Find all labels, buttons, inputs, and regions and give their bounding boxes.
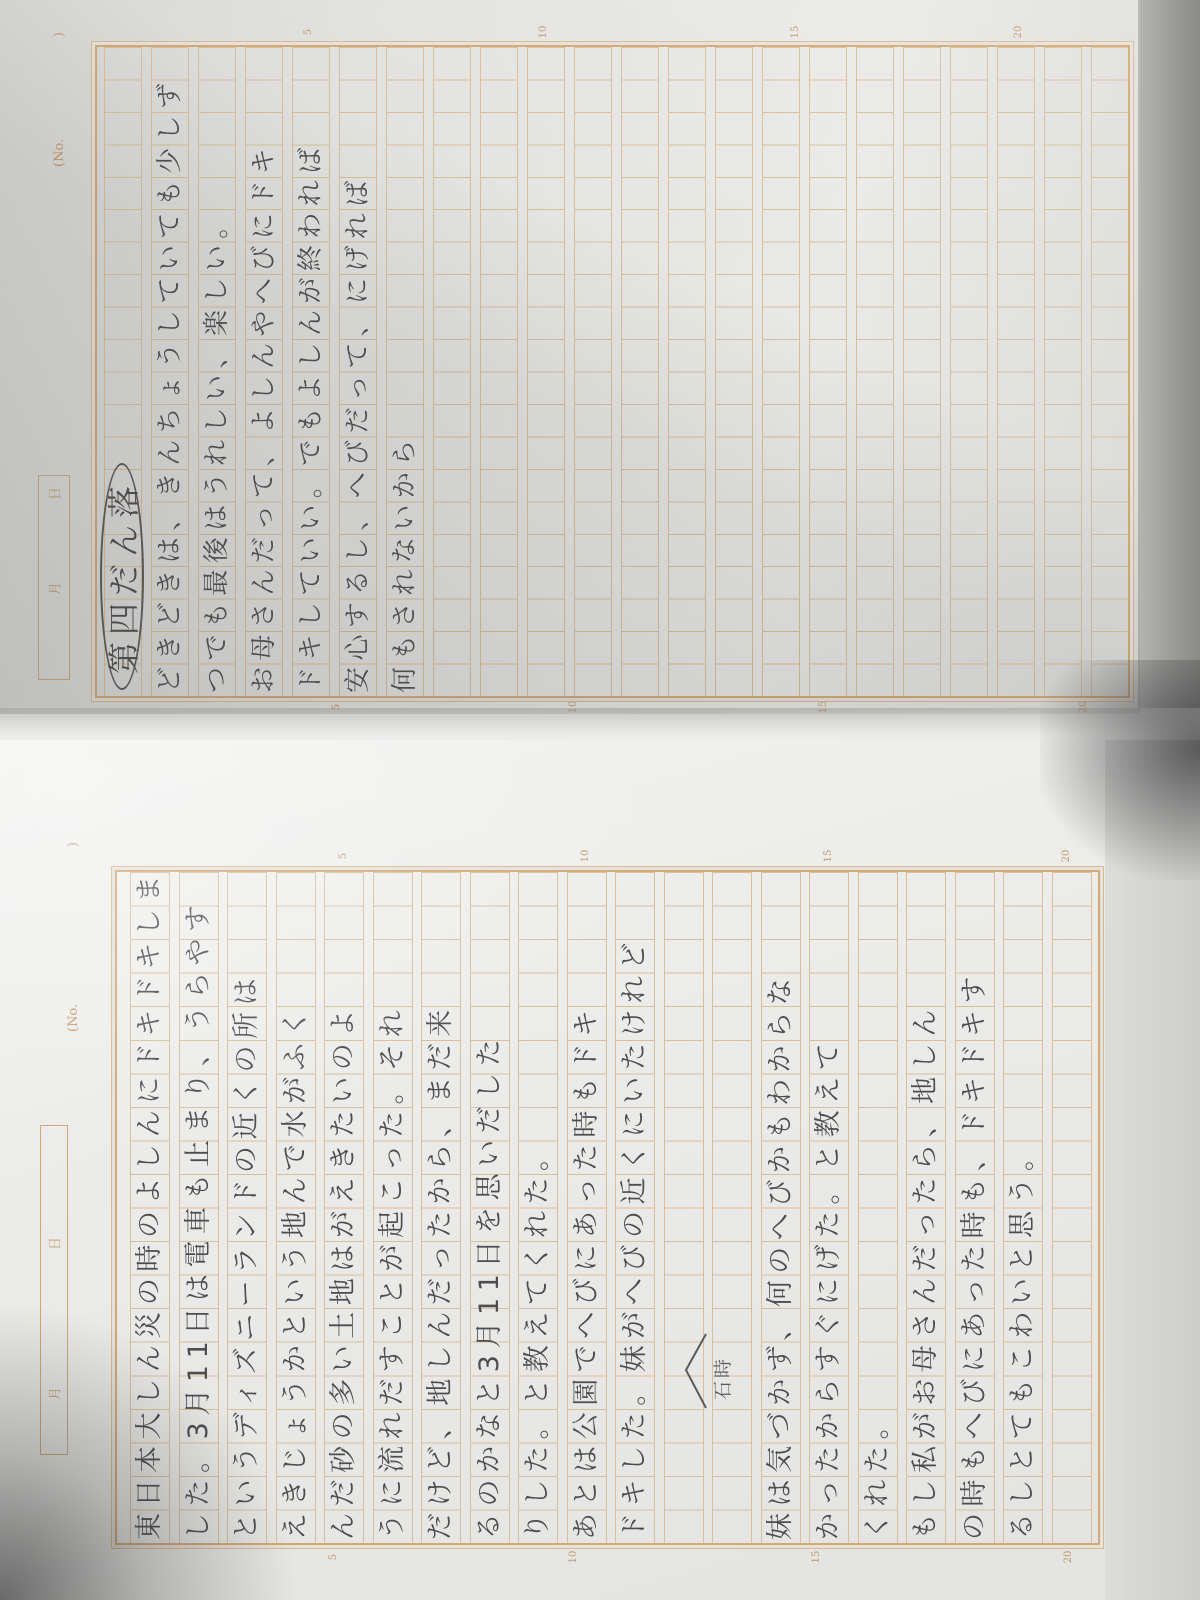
grid-row: どきどきは、きんちょうしていても少しず bbox=[151, 47, 189, 696]
text-line: うに流れだすことが起こった。それ bbox=[374, 1004, 412, 1543]
grid-row-empty bbox=[1091, 47, 1129, 696]
page-number-label: (No. ) bbox=[52, 32, 70, 167]
grid-row-empty bbox=[1044, 47, 1082, 696]
text-line: あとは公園でへびにあった時もドキ bbox=[568, 1003, 606, 1543]
grid-row-empty bbox=[762, 47, 800, 696]
grid-row: 妹は気づかず、何のへびかもわからな bbox=[761, 872, 801, 1543]
grid-row-empty bbox=[480, 47, 518, 696]
grid-row: るしとてもこわいと思う。 bbox=[1003, 872, 1043, 1543]
grid-row: んだ砂の多い土地はがえきたいのよ bbox=[324, 872, 364, 1543]
grid-row: 東日本大しん災の時のよしんにドキドキしま bbox=[130, 872, 170, 1543]
page-number-open: (No. bbox=[52, 139, 67, 167]
grid-row: りした。と教えてくれた。 bbox=[518, 872, 558, 1543]
grid-row: お母さんだって、よしんやへびにドキ bbox=[245, 47, 283, 696]
grid-row: 何もされないから bbox=[386, 47, 424, 696]
grid-row: の時もへびにあった時も、ドキドキす bbox=[955, 872, 995, 1543]
text-line: 安心するし、へびだって、にげれば bbox=[340, 174, 376, 696]
line-number-20: 20 bbox=[1013, 21, 1027, 43]
grid-row-empty bbox=[997, 47, 1035, 696]
text-line: んだ砂の多い土地はがえきたいのよ bbox=[325, 1003, 363, 1543]
text-line: えきじょうかという地んで水がふく bbox=[277, 1003, 315, 1543]
line-number-10: 10 bbox=[580, 845, 594, 867]
text-line: の時もへびにあった時も、ドキドキす bbox=[956, 970, 994, 1543]
grid-row-empty bbox=[950, 47, 988, 696]
grid-row: あとは公園でへびにあった時もドキ bbox=[567, 872, 607, 1543]
manuscript-grid: 第四だん落 どきどきは、きんちょうしていても少しず つでも最後はうれしい、楽しい… bbox=[95, 45, 1130, 698]
text-line: だけど、地しんだったから、まだ来 bbox=[422, 1003, 460, 1543]
grid-row: した。3月11日は電車も止まり、うらやす bbox=[179, 872, 219, 1543]
grid-row: かったからすぐにげた。と教えて bbox=[809, 872, 849, 1543]
text-line: ドキしていい。でもよしんが終われば bbox=[293, 141, 329, 696]
line-number-10: 10 bbox=[568, 1546, 582, 1568]
text-line: した。3月11日は電車も止まり、うらやす bbox=[180, 898, 218, 1543]
line-number-15: 15 bbox=[811, 1546, 825, 1568]
section-heading-circled: 第四だん落 bbox=[100, 463, 144, 690]
text-line: もし私がお母さんだったら、地しん bbox=[907, 1003, 945, 1543]
page-number-label: (No. ) bbox=[66, 842, 84, 1032]
manuscript-page-2: 月 日 (No. ) 5 10 15 20 5 10 15 20 第四だん落 ど… bbox=[0, 0, 1150, 712]
text-line: るしとてもこわいと思う。 bbox=[1004, 1137, 1042, 1543]
text-line: 妹は気づかず、何のへびかもわからな bbox=[762, 972, 800, 1543]
grid-row-empty bbox=[433, 47, 471, 696]
line-number-15: 15 bbox=[823, 845, 837, 867]
line-number-15: 15 bbox=[818, 696, 832, 718]
line-number-5: 5 bbox=[303, 21, 317, 43]
text-line: くれた。 bbox=[859, 1406, 897, 1543]
grid-row: つでも最後はうれしい、楽しい。 bbox=[198, 47, 236, 696]
grid-row: くれた。 bbox=[858, 872, 898, 1543]
manuscript-grid: 東日本大しん災の時のよしんにドキドキしま した。3月11日は電車も止まり、うらや… bbox=[115, 870, 1100, 1545]
text-line: どきどきは、きんちょうしていても少しず bbox=[152, 76, 188, 696]
grid-row-empty bbox=[1052, 872, 1092, 1543]
grid-row: 安心するし、へびだって、にげれば bbox=[339, 47, 377, 696]
page-number-close: ) bbox=[52, 32, 67, 37]
line-number-20: 20 bbox=[1063, 1546, 1077, 1568]
manuscript-page-1: 月 日 (No. ) 5 10 15 20 5 10 15 20 東日本大しん災… bbox=[0, 740, 1150, 1600]
page-number-open: (No. bbox=[66, 1004, 81, 1032]
month-label: 月 bbox=[45, 582, 64, 595]
page-number-close: ) bbox=[66, 842, 81, 847]
grid-row bbox=[712, 872, 752, 1543]
grid-row-empty bbox=[668, 47, 706, 696]
grid-row-empty bbox=[715, 47, 753, 696]
date-box: 月 日 bbox=[40, 1125, 68, 1455]
line-number-20: 20 bbox=[1078, 696, 1092, 718]
grid-row: うに流れだすことが起こった。それ bbox=[373, 872, 413, 1543]
grid-row: えきじょうかという地んで水がふく bbox=[276, 872, 316, 1543]
text-line: かったからすぐにげた。と教えて bbox=[810, 1037, 848, 1543]
line-number-5: 5 bbox=[328, 1546, 342, 1568]
text-line: お母さんだって、よしんやへびにドキ bbox=[246, 142, 282, 696]
text-line: りした。と教えてくれた。 bbox=[519, 1137, 557, 1543]
insertion-mark-icon bbox=[684, 1332, 708, 1410]
grid-row bbox=[664, 872, 704, 1543]
line-number-10: 10 bbox=[538, 21, 552, 43]
grid-row: だけど、地しんだったから、まだ来 bbox=[421, 872, 461, 1543]
text-line: つでも最後はうれしい、楽しい。 bbox=[199, 206, 235, 696]
grid-row-empty bbox=[809, 47, 847, 696]
grid-row: ドキした。妹がへびの近くにいたけれど bbox=[615, 872, 655, 1543]
line-number-15: 15 bbox=[790, 21, 804, 43]
grid-row-empty bbox=[621, 47, 659, 696]
day-label: 日 bbox=[45, 1237, 64, 1250]
line-number-5: 5 bbox=[331, 696, 345, 718]
text-line: 東日本大しん災の時のよしんにドキドキしま bbox=[131, 870, 169, 1543]
text-line: というディズニーランドの近くの所は bbox=[228, 972, 266, 1543]
line-number-10: 10 bbox=[568, 696, 582, 718]
grid-row-empty bbox=[527, 47, 565, 696]
grid-row-empty bbox=[856, 47, 894, 696]
text-line: 何もされないから bbox=[387, 433, 423, 696]
grid-row: ドキしていい。でもよしんが終われば bbox=[292, 47, 330, 696]
line-number-20: 20 bbox=[1061, 845, 1075, 867]
text-line: るのかなと3月11日を思いだした bbox=[471, 1033, 509, 1543]
text-line: ドキした。妹がへびの近くにいたけれど bbox=[616, 936, 654, 1543]
margin-note: 石時 bbox=[708, 1356, 735, 1400]
line-number-5: 5 bbox=[338, 845, 352, 867]
day-label: 日 bbox=[45, 487, 64, 500]
grid-row: 第四だん落 bbox=[104, 47, 142, 696]
date-box: 月 日 bbox=[38, 475, 70, 680]
grid-row: もし私がお母さんだったら、地しん bbox=[906, 872, 946, 1543]
grid-row: るのかなと3月11日を思いだした bbox=[470, 872, 510, 1543]
grid-row-empty bbox=[574, 47, 612, 696]
grid-row: というディズニーランドの近くの所は bbox=[227, 872, 267, 1543]
month-label: 月 bbox=[45, 1387, 64, 1400]
grid-row-empty bbox=[903, 47, 941, 696]
